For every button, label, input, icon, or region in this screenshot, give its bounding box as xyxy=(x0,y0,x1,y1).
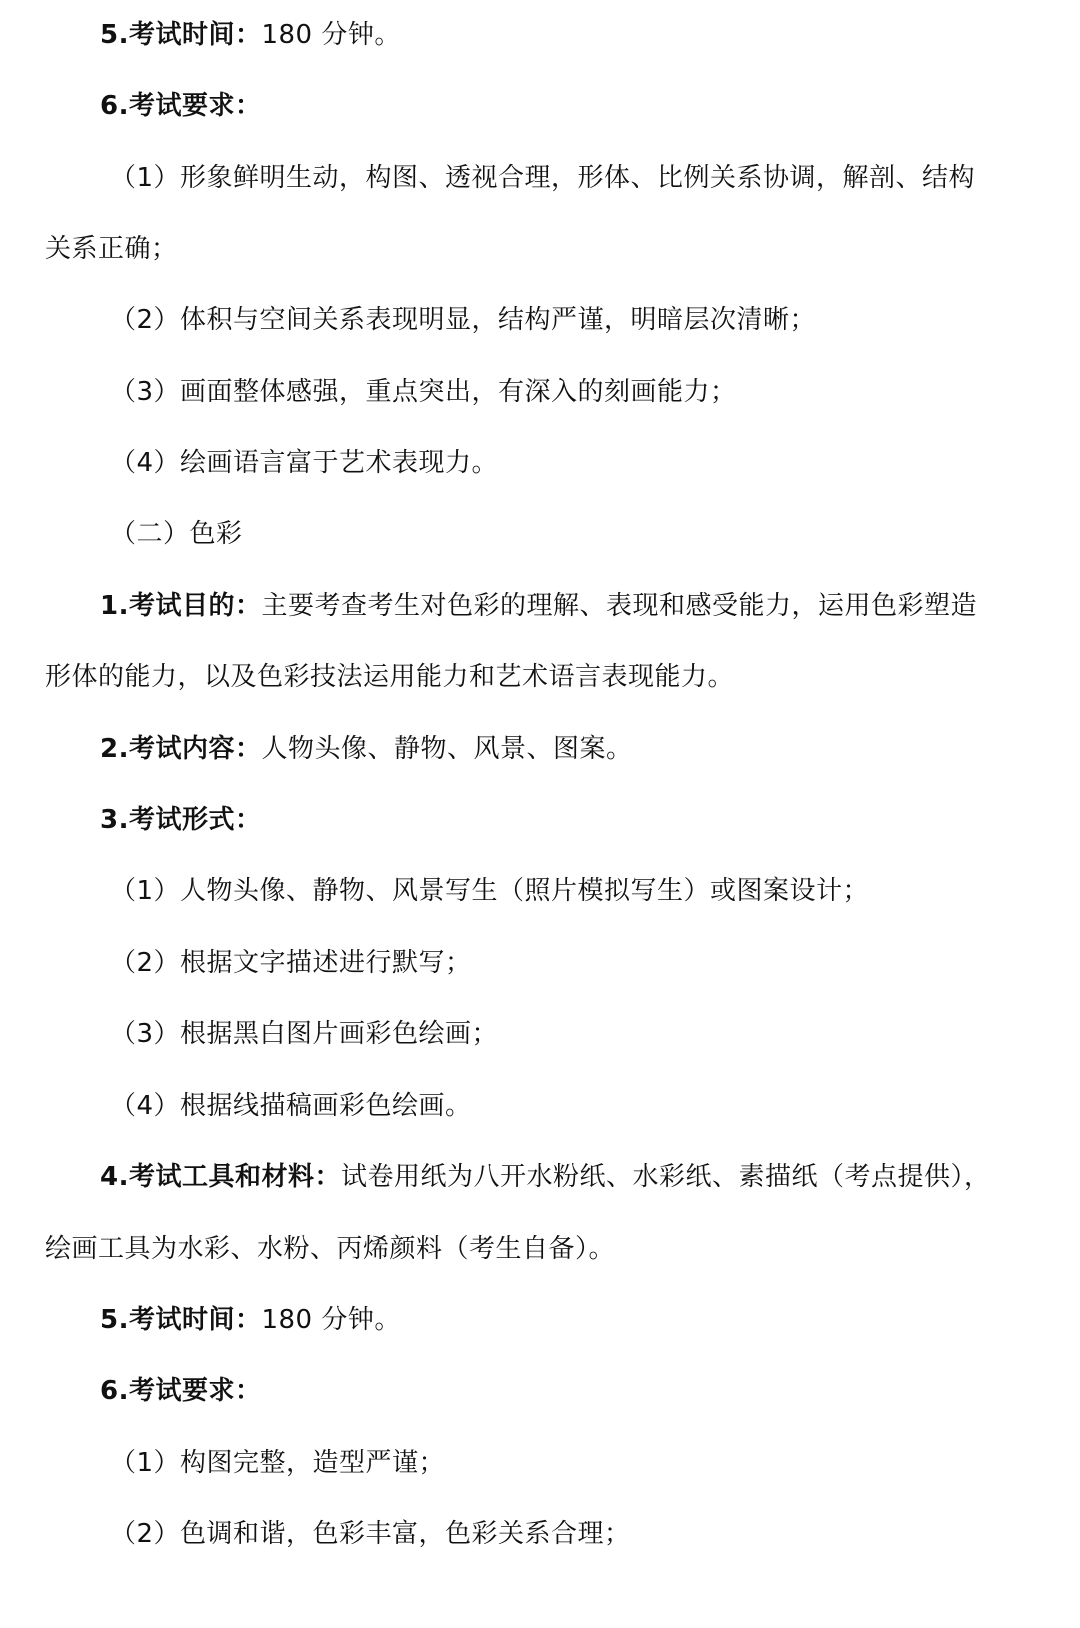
section-title: （二）色彩 xyxy=(110,519,243,549)
exam-purpose: 1.考试目的：主要考查考生对色彩的理解、表现和感受能力，运用色彩塑造 xyxy=(45,584,1055,628)
item-text: （2）根据文字描述进行默写； xyxy=(110,948,472,978)
item-text: 180 分钟。 xyxy=(261,20,400,50)
list-item: （3）根据黑白图片画彩色绘画； xyxy=(45,1012,1065,1056)
item-text: （1）人物头像、静物、风景写生（照片模拟写生）或图案设计； xyxy=(110,876,869,906)
list-item: （1）形象鲜明生动，构图、透视合理，形体、比例关系协调，解剖、结构 xyxy=(45,156,1065,200)
list-item: （1）构图完整，造型严谨； xyxy=(45,1441,1065,1485)
item-text: （1）构图完整，造型严谨； xyxy=(110,1448,445,1478)
item-text: 180 分钟。 xyxy=(261,1305,400,1335)
item-label: 3.考试形式： xyxy=(100,805,261,835)
item-text: 绘画工具为水彩、水粉、丙烯颜料（考生自备）。 xyxy=(45,1234,615,1264)
list-item-continuation: 关系正确； xyxy=(45,227,1000,271)
exam-purpose-continuation: 形体的能力，以及色彩技法运用能力和艺术语言表现能力。 xyxy=(45,655,1000,699)
item-text: （3）画面整体感强，重点突出，有深入的刻画能力； xyxy=(110,377,737,407)
list-item: （1）人物头像、静物、风景写生（照片模拟写生）或图案设计； xyxy=(45,869,1065,913)
item-text: （2）色调和谐，色彩丰富，色彩关系合理； xyxy=(110,1519,631,1549)
item-text: 关系正确； xyxy=(45,234,178,264)
exam-time-color: 5.考试时间：180 分钟。 xyxy=(45,1298,1055,1342)
item-label: 2.考试内容： xyxy=(100,734,261,764)
item-text: 主要考查考生对色彩的理解、表现和感受能力，运用色彩塑造 xyxy=(261,591,977,621)
item-text: （1）形象鲜明生动，构图、透视合理，形体、比例关系协调，解剖、结构 xyxy=(110,163,975,193)
exam-tools-materials: 4.考试工具和材料：试卷用纸为八开水粉纸、水彩纸、素描纸（考点提供）， xyxy=(45,1155,1055,1199)
item-label: 6.考试要求： xyxy=(100,91,261,121)
item-label: 1.考试目的： xyxy=(100,591,261,621)
exam-content: 2.考试内容：人物头像、静物、风景、图案。 xyxy=(45,727,1055,771)
list-item: （3）画面整体感强，重点突出，有深入的刻画能力； xyxy=(45,370,1065,414)
exam-tools-continuation: 绘画工具为水彩、水粉、丙烯颜料（考生自备）。 xyxy=(45,1227,1000,1271)
item-text: （3）根据黑白图片画彩色绘画； xyxy=(110,1019,498,1049)
item-text: （2）体积与空间关系表现明显，结构严谨，明暗层次清晰； xyxy=(110,305,816,335)
item-text: 试卷用纸为八开水粉纸、水彩纸、素描纸（考点提供）， xyxy=(341,1162,991,1192)
item-text: （4）根据线描稿画彩色绘画。 xyxy=(110,1091,472,1121)
item-label: 6.考试要求： xyxy=(100,1376,261,1406)
item-label: 5.考试时间： xyxy=(100,1305,261,1335)
list-item: （4）绘画语言富于艺术表现力。 xyxy=(45,441,1065,485)
section-heading-color: （二）色彩 xyxy=(45,512,1065,556)
exam-time-sketch: 5.考试时间：180 分钟。 xyxy=(45,13,1055,57)
list-item: （2）体积与空间关系表现明显，结构严谨，明暗层次清晰； xyxy=(45,298,1065,342)
list-item: （2）色调和谐，色彩丰富，色彩关系合理； xyxy=(45,1512,1065,1556)
exam-requirements-heading-color: 6.考试要求： xyxy=(45,1369,1055,1413)
item-text: （4）绘画语言富于艺术表现力。 xyxy=(110,448,498,478)
item-label: 4.考试工具和材料： xyxy=(100,1162,341,1192)
list-item: （2）根据文字描述进行默写； xyxy=(45,941,1065,985)
item-label: 5.考试时间： xyxy=(100,20,261,50)
item-text: 人物头像、静物、风景、图案。 xyxy=(261,734,632,764)
exam-format-heading: 3.考试形式： xyxy=(45,798,1055,842)
exam-requirements-heading-sketch: 6.考试要求： xyxy=(45,84,1055,128)
item-text: 形体的能力，以及色彩技法运用能力和艺术语言表现能力。 xyxy=(45,662,734,692)
list-item: （4）根据线描稿画彩色绘画。 xyxy=(45,1084,1065,1128)
